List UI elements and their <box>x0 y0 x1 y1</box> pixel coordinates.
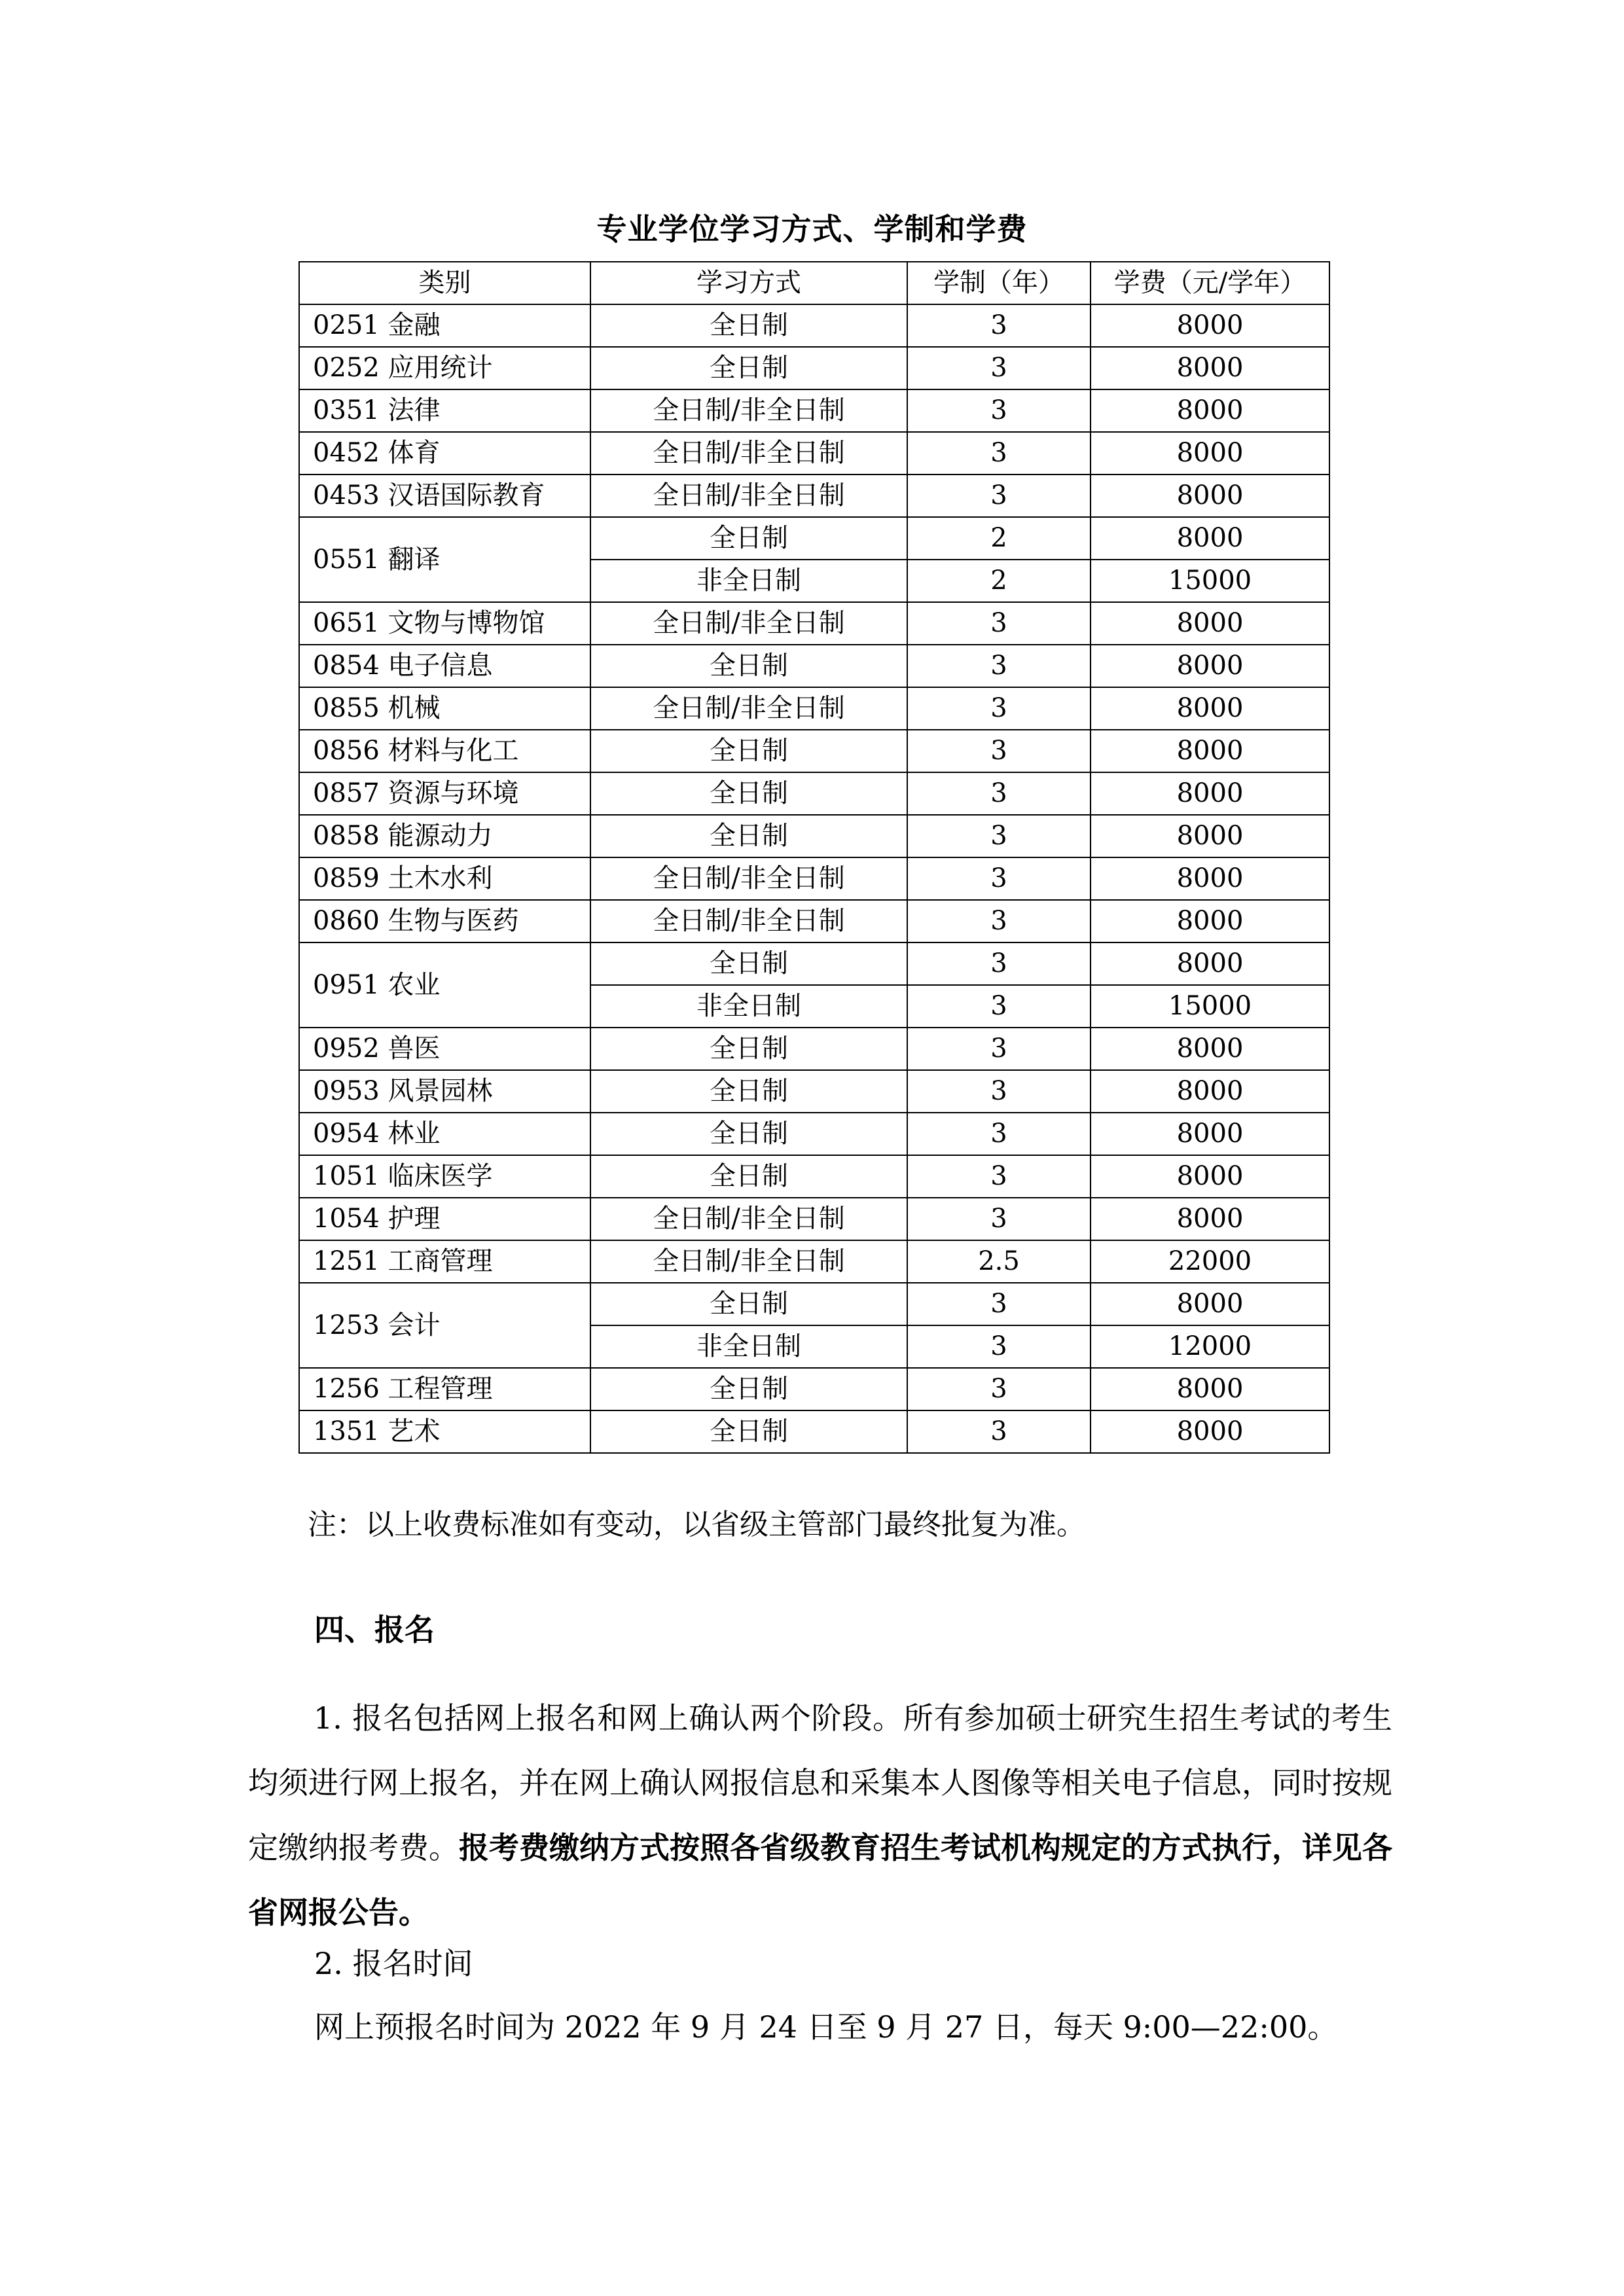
cell-fee: 8000 <box>1091 900 1329 942</box>
cell-mode: 非全日制 <box>590 560 907 602</box>
item2-heading: 2. 报名时间 <box>314 1944 473 1983</box>
cell-years: 3 <box>907 1070 1091 1113</box>
cell-years: 2 <box>907 560 1091 602</box>
table-row: 0452 体育全日制/非全日制38000 <box>299 432 1329 475</box>
cell-years: 2 <box>907 517 1091 560</box>
table-row: 0859 土木水利全日制/非全日制38000 <box>299 857 1329 900</box>
cell-fee: 8000 <box>1091 517 1329 560</box>
table-title: 专业学位学习方式、学制和学费 <box>0 208 1624 250</box>
header-years: 学制（年） <box>907 262 1091 304</box>
cell-mode: 全日制/非全日制 <box>590 1198 907 1240</box>
cell-fee: 8000 <box>1091 687 1329 730</box>
cell-fee: 8000 <box>1091 772 1329 815</box>
cell-mode: 全日制/非全日制 <box>590 1240 907 1283</box>
cell-category: 0651 文物与博物馆 <box>299 602 590 645</box>
cell-mode: 全日制/非全日制 <box>590 389 907 432</box>
header-mode: 学习方式 <box>590 262 907 304</box>
table-row: 1054 护理全日制/非全日制38000 <box>299 1198 1329 1240</box>
cell-years: 3 <box>907 1155 1091 1198</box>
cell-mode: 全日制/非全日制 <box>590 900 907 942</box>
cell-fee: 8000 <box>1091 857 1329 900</box>
table-row: 0951 农业全日制38000 <box>299 942 1329 985</box>
header-fee: 学费（元/学年） <box>1091 262 1329 304</box>
cell-years: 3 <box>907 942 1091 985</box>
cell-years: 3 <box>907 815 1091 857</box>
cell-mode: 全日制 <box>590 347 907 389</box>
table-row: 0651 文物与博物馆全日制/非全日制38000 <box>299 602 1329 645</box>
cell-fee: 8000 <box>1091 815 1329 857</box>
cell-category: 1051 临床医学 <box>299 1155 590 1198</box>
table-row: 1351 艺术全日制38000 <box>299 1410 1329 1453</box>
table-row: 0855 机械全日制/非全日制38000 <box>299 687 1329 730</box>
cell-years: 3 <box>907 730 1091 772</box>
cell-mode: 全日制 <box>590 772 907 815</box>
cell-mode: 非全日制 <box>590 985 907 1028</box>
cell-years: 3 <box>907 1028 1091 1070</box>
table-header-row: 类别 学习方式 学制（年） 学费（元/学年） <box>299 262 1329 304</box>
cell-years: 3 <box>907 1410 1091 1453</box>
cell-years: 3 <box>907 857 1091 900</box>
table-row: 0252 应用统计全日制38000 <box>299 347 1329 389</box>
cell-mode: 全日制 <box>590 1283 907 1325</box>
cell-years: 3 <box>907 475 1091 517</box>
item2-text: 网上预报名时间为 2022 年 9 月 24 日至 9 月 27 日，每天 9:… <box>314 2007 1337 2047</box>
cell-category: 1351 艺术 <box>299 1410 590 1453</box>
table-row: 0857 资源与环境全日制38000 <box>299 772 1329 815</box>
cell-mode: 全日制 <box>590 1368 907 1410</box>
cell-fee: 15000 <box>1091 985 1329 1028</box>
cell-years: 2.5 <box>907 1240 1091 1283</box>
cell-mode: 全日制 <box>590 942 907 985</box>
cell-category: 1253 会计 <box>299 1283 590 1368</box>
cell-fee: 12000 <box>1091 1325 1329 1368</box>
cell-fee: 8000 <box>1091 1410 1329 1453</box>
cell-fee: 8000 <box>1091 1283 1329 1325</box>
cell-category: 0551 翻译 <box>299 517 590 602</box>
cell-fee: 8000 <box>1091 1113 1329 1155</box>
table-row: 0351 法律全日制/非全日制38000 <box>299 389 1329 432</box>
cell-years: 3 <box>907 985 1091 1028</box>
cell-years: 3 <box>907 687 1091 730</box>
cell-years: 3 <box>907 432 1091 475</box>
cell-years: 3 <box>907 1368 1091 1410</box>
cell-years: 3 <box>907 1113 1091 1155</box>
table-row: 0952 兽医全日制38000 <box>299 1028 1329 1070</box>
paragraph-registration: 1. 报名包括网上报名和网上确认两个阶段。所有参加硕士研究生招生考试的考生均须进… <box>248 1686 1392 1945</box>
cell-category: 0252 应用统计 <box>299 347 590 389</box>
cell-mode: 全日制 <box>590 1410 907 1453</box>
table-row: 1251 工商管理全日制/非全日制2.522000 <box>299 1240 1329 1283</box>
table-row: 0860 生物与医药全日制/非全日制38000 <box>299 900 1329 942</box>
cell-years: 3 <box>907 389 1091 432</box>
cell-fee: 8000 <box>1091 475 1329 517</box>
header-category: 类别 <box>299 262 590 304</box>
table-row: 0453 汉语国际教育全日制/非全日制38000 <box>299 475 1329 517</box>
table-row: 0954 林业全日制38000 <box>299 1113 1329 1155</box>
section-heading: 四、报名 <box>314 1610 435 1649</box>
cell-fee: 8000 <box>1091 1198 1329 1240</box>
cell-years: 3 <box>907 1325 1091 1368</box>
cell-category: 0860 生物与医药 <box>299 900 590 942</box>
cell-category: 0251 金融 <box>299 304 590 347</box>
cell-years: 3 <box>907 347 1091 389</box>
cell-mode: 全日制 <box>590 1155 907 1198</box>
table-row: 0953 风景园林全日制38000 <box>299 1070 1329 1113</box>
cell-mode: 非全日制 <box>590 1325 907 1368</box>
cell-category: 0855 机械 <box>299 687 590 730</box>
cell-years: 3 <box>907 645 1091 687</box>
cell-years: 3 <box>907 900 1091 942</box>
cell-fee: 8000 <box>1091 602 1329 645</box>
cell-category: 0952 兽医 <box>299 1028 590 1070</box>
cell-fee: 15000 <box>1091 560 1329 602</box>
cell-years: 3 <box>907 772 1091 815</box>
table-row: 0551 翻译全日制28000 <box>299 517 1329 560</box>
cell-category: 0452 体育 <box>299 432 590 475</box>
cell-mode: 全日制 <box>590 815 907 857</box>
cell-mode: 全日制 <box>590 645 907 687</box>
cell-mode: 全日制 <box>590 1070 907 1113</box>
cell-years: 3 <box>907 1198 1091 1240</box>
cell-category: 0351 法律 <box>299 389 590 432</box>
table-row: 1051 临床医学全日制38000 <box>299 1155 1329 1198</box>
cell-category: 0453 汉语国际教育 <box>299 475 590 517</box>
cell-mode: 全日制/非全日制 <box>590 602 907 645</box>
cell-fee: 8000 <box>1091 1028 1329 1070</box>
cell-fee: 8000 <box>1091 1155 1329 1198</box>
cell-mode: 全日制 <box>590 1113 907 1155</box>
cell-category: 0857 资源与环境 <box>299 772 590 815</box>
table-note: 注：以上收费标准如有变动，以省级主管部门最终批复为准。 <box>308 1505 1085 1545</box>
cell-category: 0953 风景园林 <box>299 1070 590 1113</box>
cell-fee: 8000 <box>1091 432 1329 475</box>
cell-category: 0859 土木水利 <box>299 857 590 900</box>
cell-category: 0854 电子信息 <box>299 645 590 687</box>
cell-mode: 全日制/非全日制 <box>590 857 907 900</box>
cell-mode: 全日制 <box>590 304 907 347</box>
fee-table: 类别 学习方式 学制（年） 学费（元/学年） 0251 金融全日制3800002… <box>298 261 1330 1454</box>
cell-category: 0856 材料与化工 <box>299 730 590 772</box>
cell-category: 0954 林业 <box>299 1113 590 1155</box>
cell-category: 0858 能源动力 <box>299 815 590 857</box>
cell-years: 3 <box>907 602 1091 645</box>
cell-fee: 8000 <box>1091 645 1329 687</box>
cell-fee: 8000 <box>1091 347 1329 389</box>
cell-category: 0951 农业 <box>299 942 590 1028</box>
cell-mode: 全日制 <box>590 730 907 772</box>
cell-fee: 8000 <box>1091 304 1329 347</box>
cell-mode: 全日制/非全日制 <box>590 475 907 517</box>
cell-fee: 8000 <box>1091 389 1329 432</box>
cell-fee: 8000 <box>1091 1368 1329 1410</box>
cell-fee: 8000 <box>1091 1070 1329 1113</box>
cell-category: 1251 工商管理 <box>299 1240 590 1283</box>
cell-category: 1256 工程管理 <box>299 1368 590 1410</box>
cell-mode: 全日制 <box>590 1028 907 1070</box>
table-row: 0854 电子信息全日制38000 <box>299 645 1329 687</box>
cell-fee: 22000 <box>1091 1240 1329 1283</box>
fee-table-body: 0251 金融全日制380000252 应用统计全日制380000351 法律全… <box>299 304 1329 1453</box>
cell-years: 3 <box>907 1283 1091 1325</box>
cell-fee: 8000 <box>1091 942 1329 985</box>
cell-category: 1054 护理 <box>299 1198 590 1240</box>
table-row: 0856 材料与化工全日制38000 <box>299 730 1329 772</box>
cell-years: 3 <box>907 304 1091 347</box>
cell-mode: 全日制/非全日制 <box>590 687 907 730</box>
cell-fee: 8000 <box>1091 730 1329 772</box>
table-row: 1253 会计全日制38000 <box>299 1283 1329 1325</box>
cell-mode: 全日制/非全日制 <box>590 432 907 475</box>
table-row: 0858 能源动力全日制38000 <box>299 815 1329 857</box>
cell-mode: 全日制 <box>590 517 907 560</box>
table-row: 0251 金融全日制38000 <box>299 304 1329 347</box>
table-row: 1256 工程管理全日制38000 <box>299 1368 1329 1410</box>
